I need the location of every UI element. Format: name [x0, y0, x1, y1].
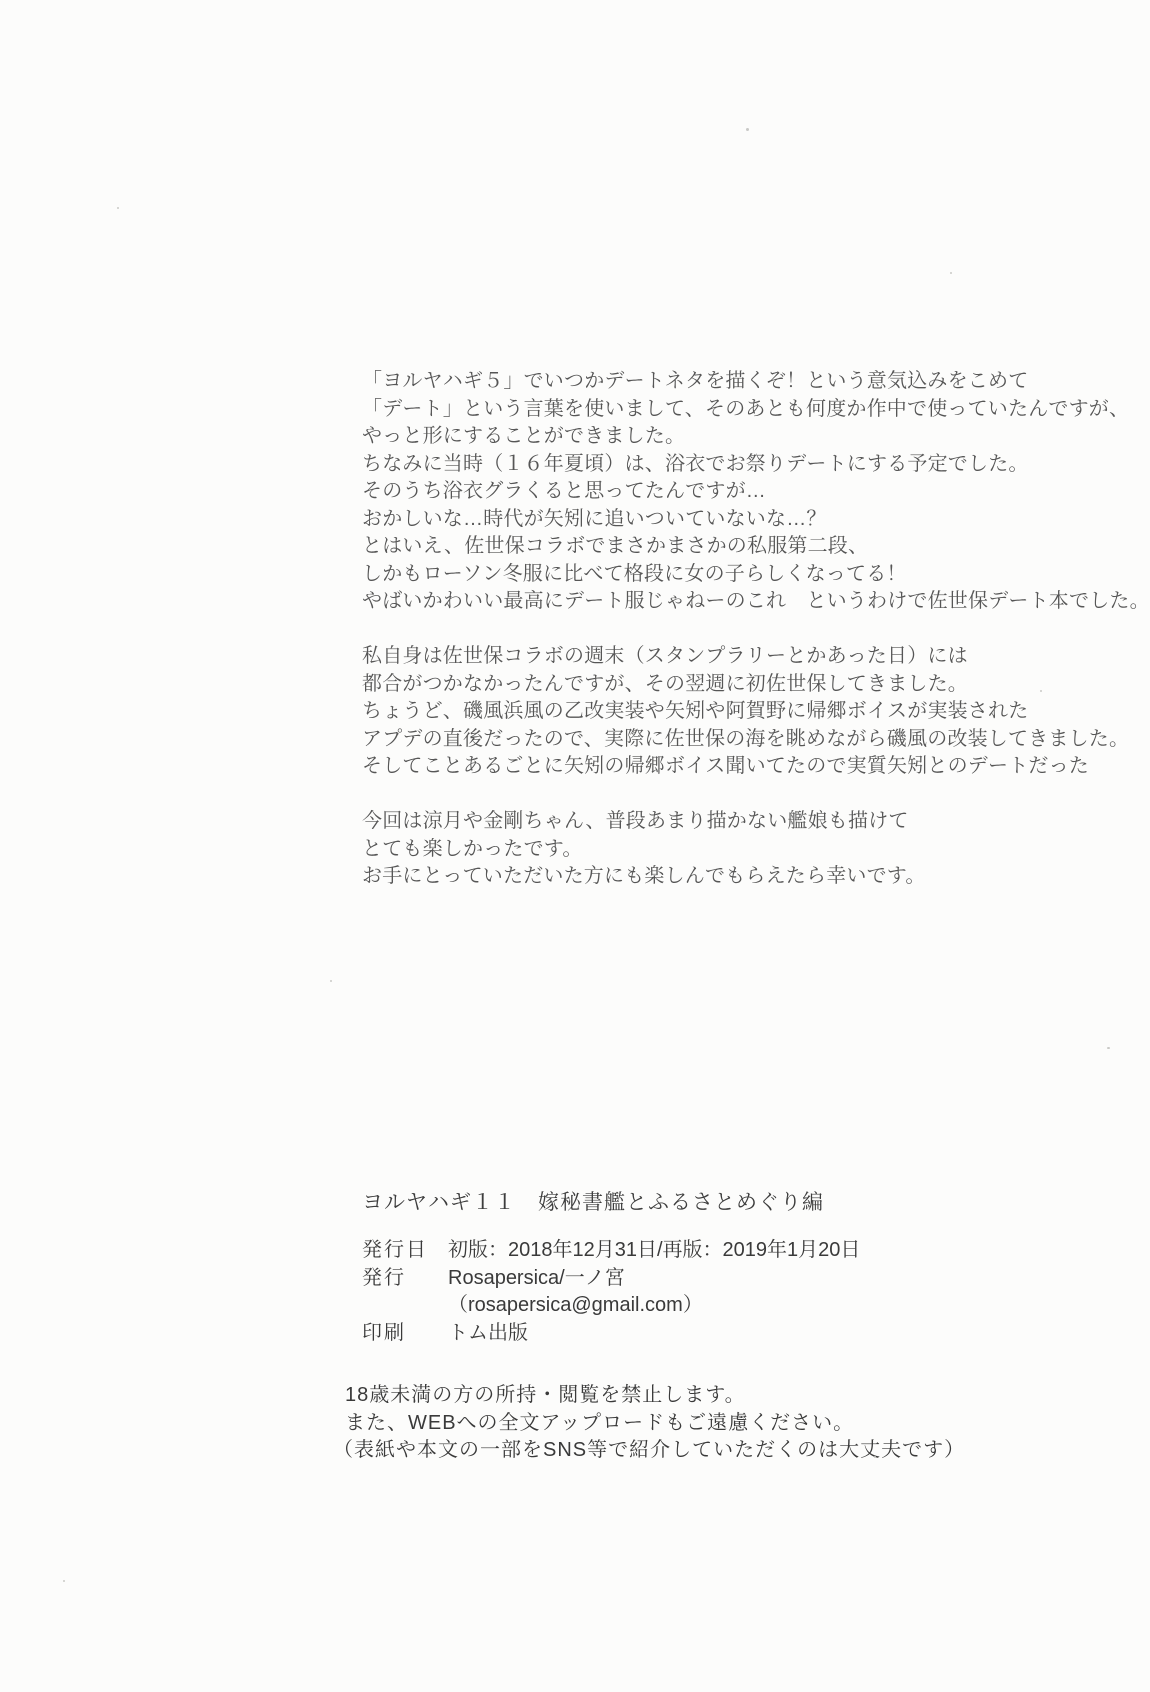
scan-speck — [117, 207, 119, 209]
afterword-line: 今回は涼月や金剛ちゃん、普段あまり描かない艦娘も描けて — [362, 808, 1002, 836]
afterword-line: そしてことあるごとに矢矧の帰郷ボイス聞いてたので実質矢矧とのデートだった — [362, 753, 1002, 781]
colophon-value: トム出版 — [448, 1320, 528, 1348]
scan-speck — [63, 1580, 65, 1582]
colophon-label — [362, 1292, 448, 1320]
afterword-paragraph-2: 私自身は佐世保コラボの週末（スタンプラリーとかあった日）には 都合がつかなかった… — [362, 643, 1002, 781]
colophon-label: 印刷 — [362, 1320, 448, 1348]
afterword-line: やっと形にすることができました。 — [362, 423, 1002, 451]
notice-line: 18歳未満の方の所持・閲覧を禁止します。 — [345, 1382, 965, 1410]
age-notice: 18歳未満の方の所持・閲覧を禁止します。 また、WEBへの全文アップロードもご遠… — [345, 1382, 965, 1465]
afterword-paragraph-1: 「ヨルヤハギ５」でいつかデートネタを描くぞ！という意気込みをこめて 「デート」と… — [362, 368, 1002, 616]
scanned-afterword-page: 「ヨルヤハギ５」でいつかデートネタを描くぞ！という意気込みをこめて 「デート」と… — [0, 0, 1150, 1692]
colophon-label: 発行日 — [362, 1237, 448, 1265]
afterword-line: 都合がつかなかったんですが、その翌週に初佐世保してきました。 — [362, 671, 1002, 699]
colophon-label: 発行 — [362, 1265, 448, 1293]
colophon-row-email: （rosapersica@gmail.com） — [362, 1292, 860, 1320]
afterword-line: 「デート」という言葉を使いまして、そのあとも何度か作中で使っていたんですが、 — [362, 396, 1002, 424]
scan-speck — [950, 272, 952, 274]
afterword-text: 「ヨルヤハギ５」でいつかデートネタを描くぞ！という意気込みをこめて 「デート」と… — [362, 368, 1002, 918]
colophon-email: （rosapersica@gmail.com） — [448, 1292, 703, 1320]
colophon: 発行日 初版：2018年12月31日/再版：2019年1月20日 発行 Rosa… — [362, 1237, 860, 1347]
afterword-paragraph-3: 今回は涼月や金剛ちゃん、普段あまり描かない艦娘も描けて とても楽しかったです。 … — [362, 808, 1002, 891]
afterword-line: 私自身は佐世保コラボの週末（スタンプラリーとかあった日）には — [362, 643, 1002, 671]
afterword-line: とはいえ、佐世保コラボでまさかまさかの私服第二段、 — [362, 533, 1002, 561]
afterword-line: ちょうど、磯風浜風の乙改実装や矢矧や阿賀野に帰郷ボイスが実装された — [362, 698, 1002, 726]
notice-line: （表紙や本文の一部をSNS等で紹介していただくのは大丈夫です） — [333, 1437, 965, 1465]
afterword-line: やばいかわいい最高にデート服じゃねーのこれ というわけで佐世保デート本でした。 — [362, 588, 1002, 616]
colophon-value: Rosapersica/一ノ宮 — [448, 1265, 625, 1293]
book-title: ヨルヤハギ１１ 嫁秘書艦とふるさとめぐり編 — [362, 1186, 824, 1216]
afterword-line: しかもローソン冬服に比べて格段に女の子らしくなってる！ — [362, 561, 1002, 589]
afterword-line: ちなみに当時（１６年夏頃）は、浴衣でお祭りデートにする予定でした。 — [362, 451, 1002, 479]
scan-speck — [1107, 1047, 1110, 1049]
colophon-row-publisher: 発行 Rosapersica/一ノ宮 — [362, 1265, 860, 1293]
afterword-line: お手にとっていただいた方にも楽しんでもらえたら幸いです。 — [362, 863, 1002, 891]
afterword-line: 「ヨルヤハギ５」でいつかデートネタを描くぞ！という意気込みをこめて — [362, 368, 1002, 396]
notice-line: また、WEBへの全文アップロードもご遠慮ください。 — [345, 1410, 965, 1438]
afterword-line: アプデの直後だったので、実際に佐世保の海を眺めながら磯風の改装してきました。 — [362, 726, 1002, 754]
afterword-line: そのうち浴衣グラくると思ってたんですが… — [362, 478, 1002, 506]
colophon-value: 初版：2018年12月31日/再版：2019年1月20日 — [448, 1237, 860, 1265]
scan-speck — [874, 1456, 876, 1458]
afterword-line: おかしいな…時代が矢矧に追いついていないな…？ — [362, 506, 1002, 534]
colophon-row-printer: 印刷 トム出版 — [362, 1320, 860, 1348]
scan-speck — [1040, 690, 1042, 692]
colophon-row-publish-date: 発行日 初版：2018年12月31日/再版：2019年1月20日 — [362, 1237, 860, 1265]
scan-speck — [746, 128, 749, 131]
scan-speck — [330, 980, 332, 982]
afterword-line: とても楽しかったです。 — [362, 836, 1002, 864]
